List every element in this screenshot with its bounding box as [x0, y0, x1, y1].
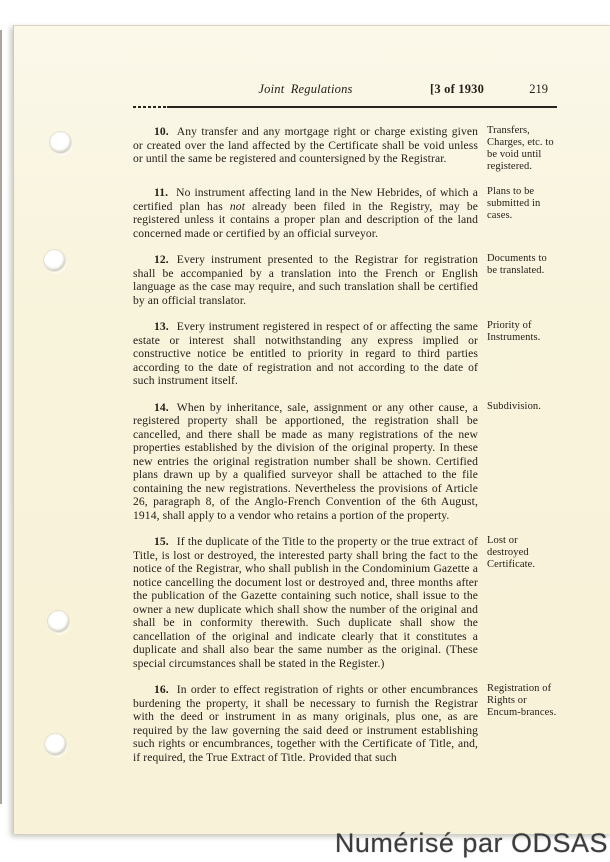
scanner-edge-line: [0, 30, 2, 804]
paragraph-text: 15.If the duplicate of the Title to the …: [133, 535, 478, 670]
margin-note: Documents to be translated.: [487, 253, 557, 307]
regulation-paragraph: 12.Every instrument presented to the Reg…: [133, 253, 557, 307]
running-title: Joint Regulations: [133, 82, 478, 97]
paragraph-number: 13.: [154, 320, 169, 333]
paragraph-list: 10.Any transfer and any mortgage right o…: [133, 125, 557, 764]
paragraph-body: No instrument affecting land in the New …: [133, 186, 478, 240]
margin-note: Plans to be submitted in cases.: [487, 186, 557, 240]
paragraph-text: 14.When by inheritance, sale, assignment…: [133, 401, 478, 523]
watermark-text: Numérisé par ODSAS: [335, 828, 608, 859]
regulation-paragraph: 15.If the duplicate of the Title to the …: [133, 535, 557, 670]
paragraph-number: 14.: [154, 401, 169, 414]
margin-note: Priority of Instruments.: [487, 320, 557, 388]
page-content: Joint Regulations [3 of 1930 219 10.Any …: [133, 82, 557, 777]
regulation-paragraph: 10.Any transfer and any mortgage right o…: [133, 125, 557, 173]
paragraph-text: 13.Every instrument registered in respec…: [133, 320, 478, 388]
punch-hole: [44, 250, 65, 271]
regulation-paragraph: 11.No instrument affecting land in the N…: [133, 186, 557, 240]
paragraph-body: When by inheritance, sale, assignment or…: [133, 401, 478, 522]
margin-note: Lost or destroyed Certificate.: [487, 535, 557, 670]
paragraph-number: 15.: [154, 535, 169, 548]
regulation-paragraph: 14.When by inheritance, sale, assignment…: [133, 401, 557, 523]
paragraph-text: 10.Any transfer and any mortgage right o…: [133, 125, 478, 173]
paragraph-body: Every instrument registered in respect o…: [133, 320, 478, 387]
paragraph-text: 12.Every instrument presented to the Reg…: [133, 253, 478, 307]
header-rule: [133, 106, 557, 108]
paragraph-number: 10.: [154, 125, 169, 138]
punch-hole: [50, 132, 71, 153]
paragraph-number: 11.: [154, 186, 168, 199]
paragraph-body: Any transfer and any mortgage right or c…: [133, 125, 478, 165]
margin-note: Subdivision.: [487, 401, 557, 523]
punch-hole: [48, 611, 69, 632]
paragraph-text: 11.No instrument affecting land in the N…: [133, 186, 478, 240]
citation-label: [3 of 1930: [430, 82, 484, 97]
margin-note: Registration of Rights or Encum-brances.: [487, 683, 557, 764]
page-header: Joint Regulations [3 of 1930 219: [133, 82, 557, 104]
paragraph-text: 16.In order to effect registration of ri…: [133, 683, 478, 764]
regulation-paragraph: 16.In order to effect registration of ri…: [133, 683, 557, 764]
paragraph-number: 12.: [154, 253, 169, 266]
paragraph-body: In order to effect registration of right…: [133, 683, 478, 764]
scanned-page-canvas: Joint Regulations [3 of 1930 219 10.Any …: [0, 0, 610, 862]
punch-hole: [45, 734, 66, 755]
margin-note: Transfers, Charges, etc. to be void unti…: [487, 125, 557, 173]
page-number: 219: [529, 82, 548, 97]
paragraph-body: Every instrument presented to the Regist…: [133, 253, 478, 307]
regulation-paragraph: 13.Every instrument registered in respec…: [133, 320, 557, 388]
paragraph-number: 16.: [154, 683, 169, 696]
paragraph-body: If the duplicate of the Title to the pro…: [133, 535, 478, 670]
